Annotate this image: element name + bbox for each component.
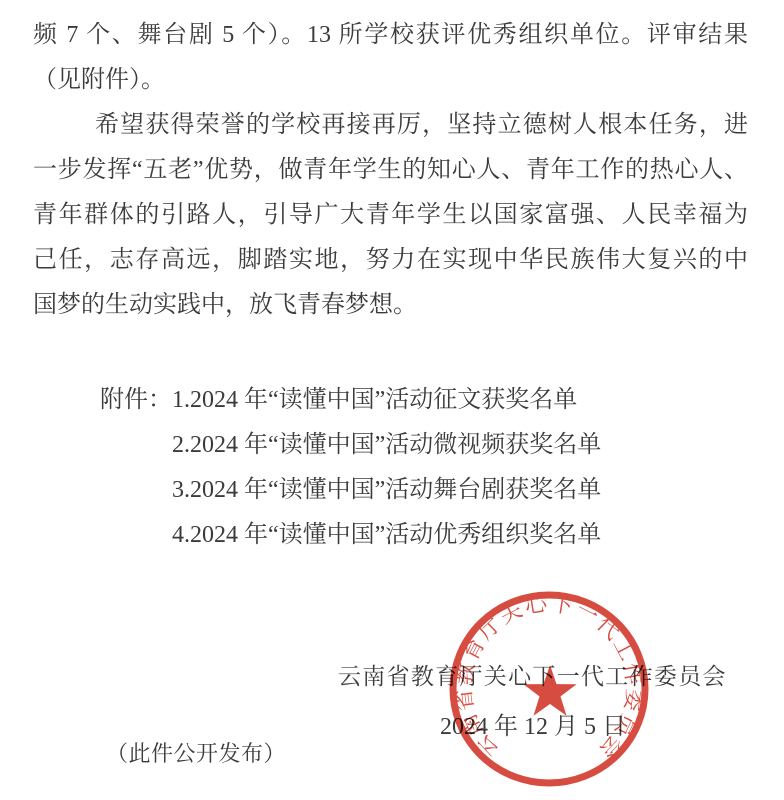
attachment-line: 附件：1.2024 年“读懂中国”活动征文获奖名单 [100, 378, 601, 423]
document-page: 频 7 个、舞台剧 5 个）。13 所学校获评优秀组织单位。评审结果 （见附件）… [0, 0, 784, 800]
body-line: 希望获得荣誉的学校再接再厉，坚持立德树人根本任务，进 [33, 103, 748, 148]
attachments-list: 附件：1.2024 年“读懂中国”活动征文获奖名单 2.2024 年“读懂中国”… [100, 378, 601, 558]
attachment-item: 4.2024 年“读懂中国”活动优秀组织奖名单 [172, 513, 601, 558]
svg-text:委: 委 [620, 688, 648, 713]
attachment-item: 3.2024 年“读懂中国”活动舞台剧获奖名单 [172, 468, 601, 513]
body-line: 青年群体的引路人，引导广大青年学生以国家富强、人民幸福为 [33, 193, 748, 238]
attachment-item: 2.2024 年“读懂中国”活动微视频获奖名单 [172, 423, 601, 468]
body-line: （见附件）。 [33, 58, 748, 103]
official-seal: 云南省教育厅关心下一代工作委员会 [434, 574, 664, 800]
svg-text:作: 作 [619, 661, 648, 687]
body-line: 己任，志存高远，脚踏实地，努力在实现中华民族伟大复兴的中 [33, 238, 748, 283]
body-line: 国梦的生动实践中，放飞青春梦想。 [33, 283, 748, 328]
attachments-label: 附件： [100, 387, 172, 413]
svg-text:省: 省 [450, 688, 478, 713]
public-release-note: （此件公开发布） [106, 737, 286, 768]
attachment-item: 1.2024 年“读懂中国”活动征文获奖名单 [172, 387, 577, 413]
svg-text:下: 下 [549, 590, 575, 618]
body-line: 一步发挥“五老”优势，做青年学生的知心人、青年工作的热心人、 [33, 148, 748, 193]
star-icon [523, 665, 576, 716]
svg-text:教: 教 [451, 661, 480, 687]
body-line: 频 7 个、舞台剧 5 个）。13 所学校获评优秀组织单位。评审结果 [33, 13, 748, 58]
body-paragraphs: 频 7 个、舞台剧 5 个）。13 所学校获评优秀组织单位。评审结果 （见附件）… [33, 13, 748, 328]
